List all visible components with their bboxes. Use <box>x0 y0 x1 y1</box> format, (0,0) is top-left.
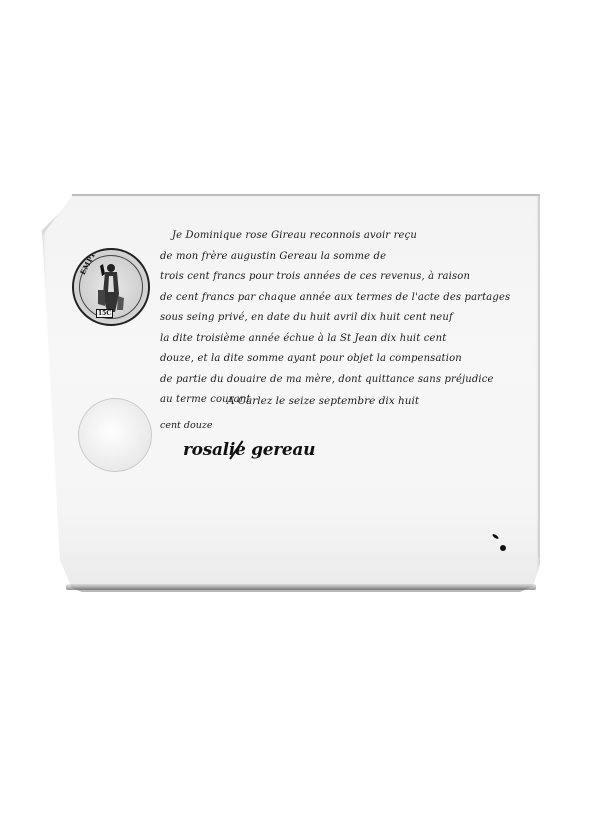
body-line-8: de partie du douaire de ma mère, dont qu… <box>160 370 545 391</box>
embossed-dry-seal <box>78 398 152 472</box>
body-line-5: sous seing privé, en date du huit avril … <box>160 308 545 329</box>
place-and-date-continuation: cent douze <box>160 420 212 431</box>
place-and-date-line: A Carlez le seize septembre dix huit <box>227 395 419 407</box>
paper-bottom-edge <box>66 584 536 590</box>
signature: rosalie gereau <box>183 440 315 460</box>
body-line-4: de cent francs par chaque année aux term… <box>160 288 545 309</box>
receipt-body: Je Dominique rose Gireau reconnois avoir… <box>160 226 545 411</box>
body-line-3: trois cent francs pour trois années de c… <box>160 267 545 288</box>
body-line-1: Je Dominique rose Gireau reconnois avoir… <box>160 226 545 247</box>
body-line-6: la dite troisième année échue à la St Je… <box>160 329 545 350</box>
empire-francais-tax-stamp: EMPIRE FRANÇAIS 15C <box>72 248 150 326</box>
allegorical-figure-icon <box>96 260 126 314</box>
paper-top-edge <box>72 194 540 196</box>
stamp-value: 15C <box>96 309 113 318</box>
ink-blot <box>500 545 506 551</box>
body-line-7: douze, et la dite somme ayant pour objet… <box>160 349 545 370</box>
body-line-2: de mon frère augustin Gereau la somme de <box>160 247 545 268</box>
